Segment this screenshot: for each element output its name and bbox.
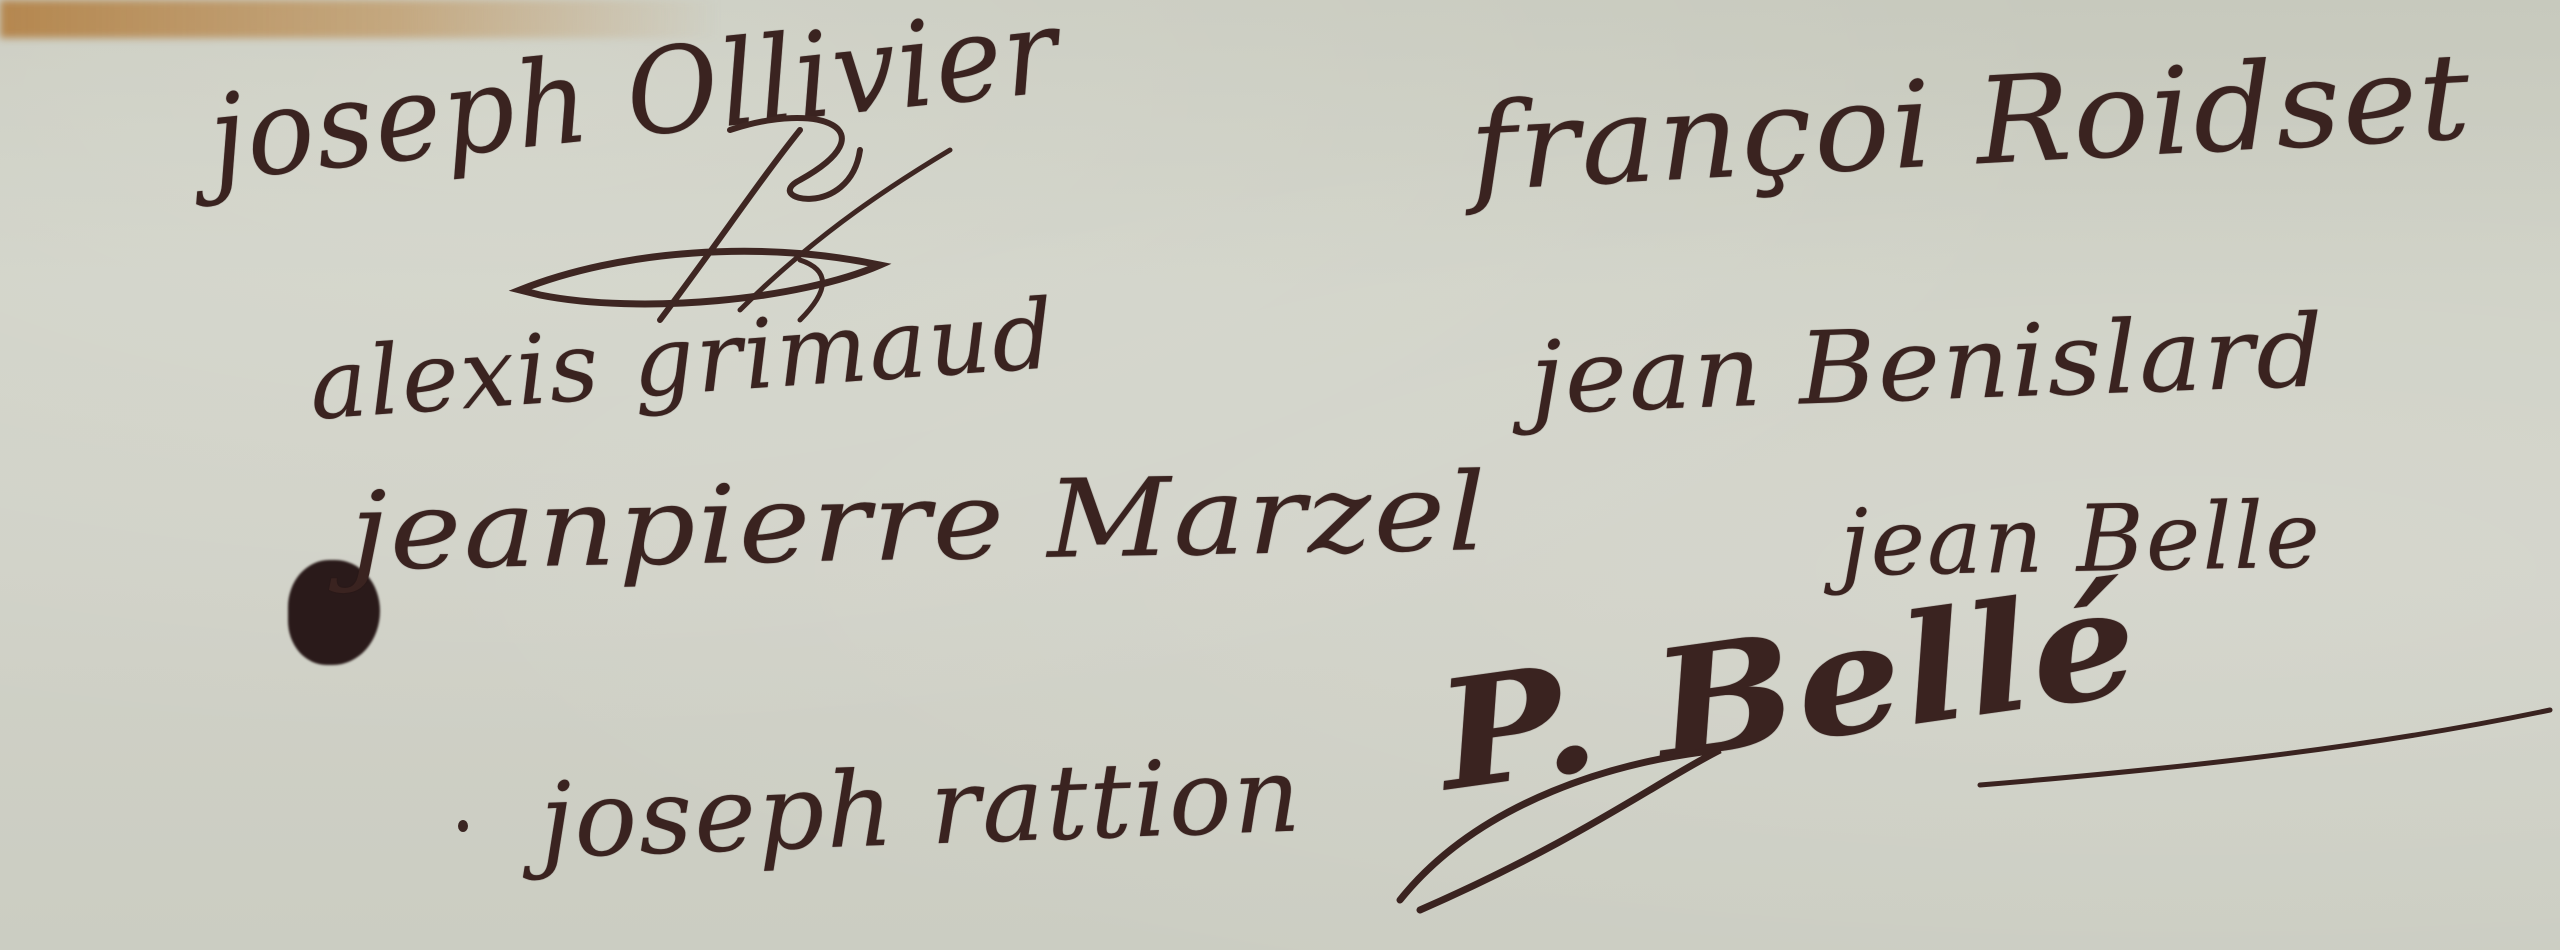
signature-alexis-grimaud: alexis grimaud [306, 278, 1059, 442]
manuscript-page: joseph Ollivier françoi Roidset alexis g… [0, 0, 2560, 950]
signature-p-belle: P. Bellé [1428, 553, 2150, 825]
signature-francoi-roidset: françoi Roidset [1466, 28, 2475, 219]
signature-jean-benislard: jean Benislard [1528, 292, 2327, 437]
ink-speck [458, 820, 468, 832]
signature-joseph-rattion: joseph rattion [538, 733, 1304, 882]
signature-jeanpierre-marzel: jeanpierre Marzel [349, 450, 1489, 595]
